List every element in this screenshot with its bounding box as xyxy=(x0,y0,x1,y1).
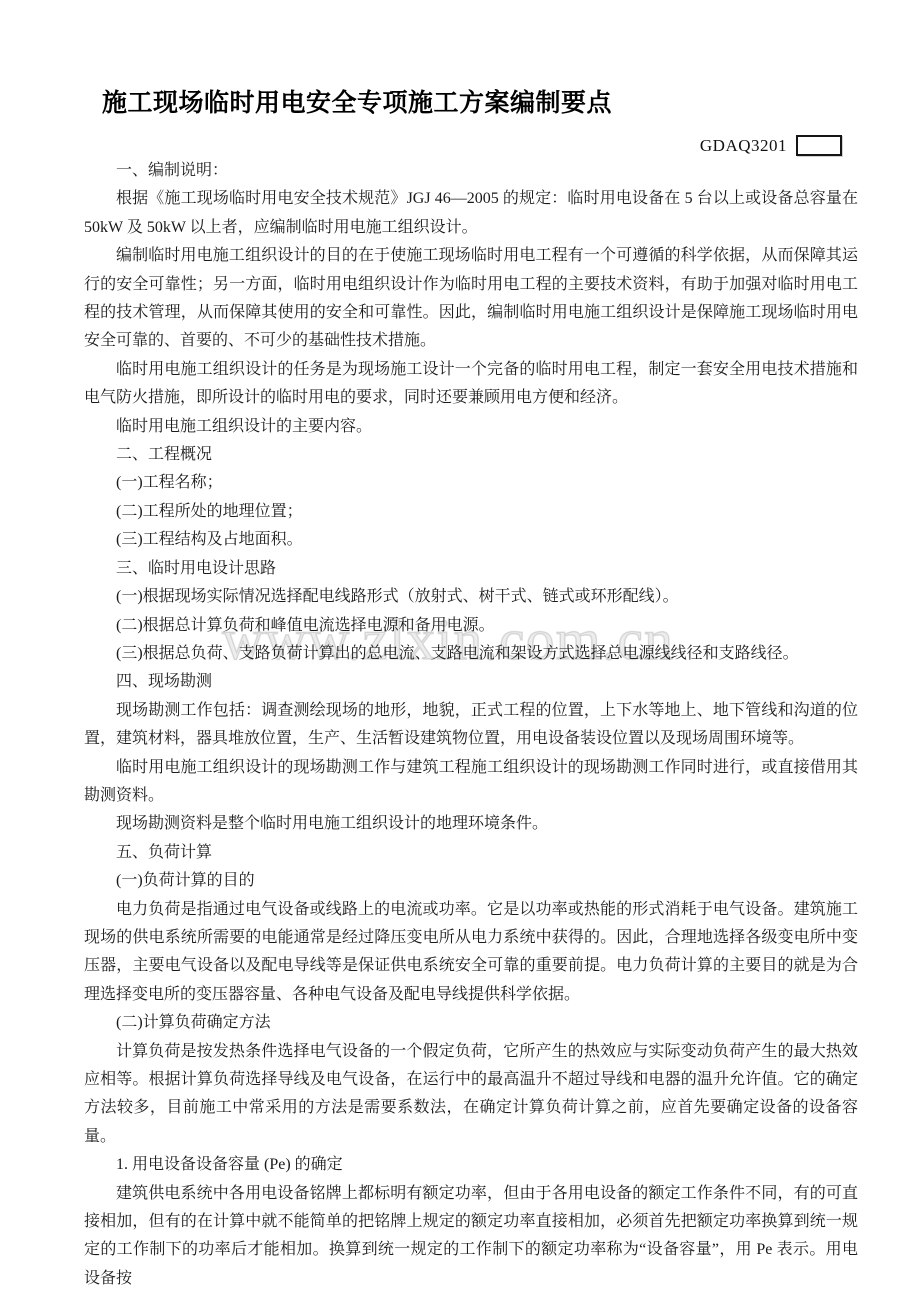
list-item: (三)根据总负荷、支路负荷计算出的总电流、支路电流和架设方式选择总电源线线径和支… xyxy=(84,640,858,668)
section-heading: 五、负荷计算 xyxy=(84,839,858,867)
list-item: (一)负荷计算的目的 xyxy=(84,867,858,895)
paragraph: 根据《施工现场临时用电安全技术规范》JGJ 46—2005 的规定：临时用电设备… xyxy=(84,185,858,242)
list-item: (一)工程名称； xyxy=(84,469,858,497)
paragraph: 临时用电施工组织设计的任务是为现场施工设计一个完备的临时用电工程，制定一套安全用… xyxy=(84,356,858,413)
list-item: (二)根据总计算负荷和峰值电流选择电源和备用电源。 xyxy=(84,612,858,640)
paragraph: 现场勘测工作包括：调查测绘现场的地形，地貌，正式工程的位置，上下水等地上、地下管… xyxy=(84,697,858,754)
document-code-row: GDAQ3201 xyxy=(84,134,842,157)
document-code: GDAQ3201 xyxy=(700,136,787,156)
paragraph: 临时用电施工组织设计的现场勘测工作与建筑工程施工组织设计的现场勘测工作同时进行，… xyxy=(84,754,858,811)
fill-in-box xyxy=(796,135,842,156)
list-item: (二)计算负荷确定方法 xyxy=(84,1009,858,1037)
list-item: 1. 用电设备设备容量 (Pe) 的确定 xyxy=(84,1151,858,1179)
paragraph: 电力负荷是指通过电气设备或线路上的电流或功率。它是以功率或热能的形式消耗于电气设… xyxy=(84,896,858,1010)
paragraph: 现场勘测资料是整个临时用电施工组织设计的地理环境条件。 xyxy=(84,810,858,838)
section-heading: 三、临时用电设计思路 xyxy=(84,555,858,583)
document-page: www.zlxin.com.cn 施工现场临时用电安全专项施工方案编制要点 GD… xyxy=(0,0,920,1302)
paragraph: 编制临时用电施工组织设计的目的在于使施工现场临时用电工程有一个可遵循的科学依据，… xyxy=(84,242,858,356)
section-heading: 二、工程概况 xyxy=(84,441,858,469)
list-item: (二)工程所处的地理位置； xyxy=(84,498,858,526)
section-heading: 四、现场勘测 xyxy=(84,668,858,696)
section-heading: 一、编制说明： xyxy=(84,157,858,185)
list-item: (一)根据现场实际情况选择配电线路形式（放射式、树干式、链式或环形配线）。 xyxy=(84,583,858,611)
document-body: 一、编制说明： 根据《施工现场临时用电安全技术规范》JGJ 46—2005 的规… xyxy=(84,157,858,1293)
paragraph: 建筑供电系统中各用电设备铭牌上都标明有额定功率，但由于各用电设备的额定工作条件不… xyxy=(84,1180,858,1294)
list-item: (三)工程结构及占地面积。 xyxy=(84,526,858,554)
paragraph: 计算负荷是按发热条件选择电气设备的一个假定负荷，它所产生的热效应与实际变动负荷产… xyxy=(84,1038,858,1152)
paragraph: 临时用电施工组织设计的主要内容。 xyxy=(84,413,858,441)
document-title: 施工现场临时用电安全专项施工方案编制要点 xyxy=(102,88,858,118)
